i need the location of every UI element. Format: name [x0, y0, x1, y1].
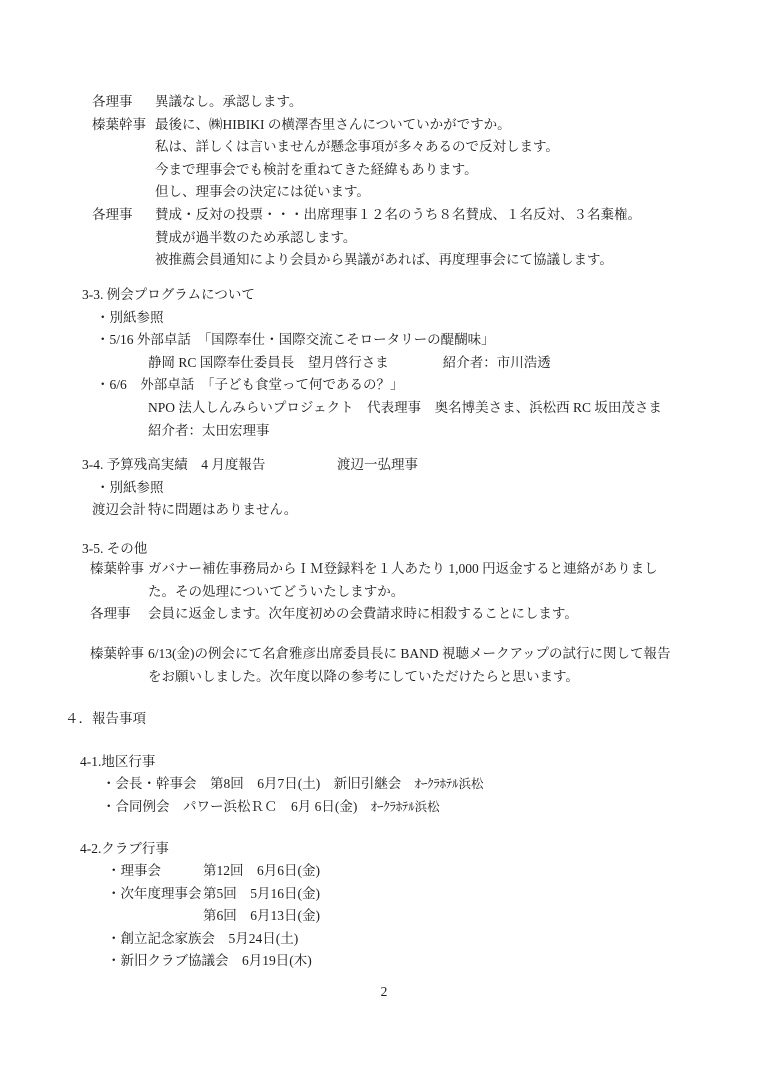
bullet-line: ・5/16 外部卓話 「国際奉仕・国際交流こそロータリーの醍醐味」: [82, 329, 752, 352]
section-4-1: 4-1.地区行事: [80, 751, 750, 774]
speaker-label: 榛葉幹事: [90, 558, 148, 581]
club-events-list: ・理事会第12回 6月6日(金) ・次年度理事会第5回 5月16日(金) 第6回…: [80, 860, 750, 973]
event-row: ・創立記念家族会 5月24日(土): [80, 928, 750, 951]
dialogue-text: 賛成・反対の投票・・・出席理事１２名のうち８名賛成、１名反対、３名棄権。: [155, 207, 641, 222]
venue-label: ｵｰｸﾗﾎﾃﾙ浜松: [371, 800, 440, 814]
dialogue-row: た。その処理についてどういたしますか。: [90, 581, 760, 604]
dialogue-row: 私は、詳しくは言いませんが懸念事項が多々あるので反対します。: [92, 136, 762, 159]
dialogue-text: 会員に返金します。次年度初めの会費請求時に相殺することにします。: [148, 606, 578, 621]
dialogue-row: 榛葉幹事最後に、㈱HIBIKI の横澤杏里さんについていかがですか。: [92, 114, 762, 137]
dialogue-text: 異議なし。承認します。: [155, 94, 302, 109]
event-row: 第6回 6月13日(金): [80, 905, 750, 928]
page-number: 2: [0, 981, 768, 1004]
section-heading-4-2: 4-2.クラブ行事: [80, 838, 750, 861]
dialogue-text: 今まで理事会でも検討を重ねてきた経緯もあります。: [155, 162, 478, 177]
dialogue-text: 特に問題はありません。: [148, 502, 297, 517]
dialogue-block-im-refund: 榛葉幹事ガバナー補佐事務局からＩＭ登録料を１人あたり 1,000 円返金すると連…: [90, 558, 760, 626]
dialogue-row: 各理事異議なし。承認します。: [92, 91, 762, 114]
event-name: ・理事会: [107, 860, 203, 883]
event-text: ・合同例会 パワー浜松ＲＣ 6月 6日(金): [102, 799, 371, 814]
section-3-3: 3-3. 例会プログラムについて ・別紙参照 ・5/16 外部卓話 「国際奉仕・…: [82, 284, 752, 442]
event-date: 第6回 6月13日(金): [203, 908, 320, 923]
dialogue-row: 各理事賛成・反対の投票・・・出席理事１２名のうち８名賛成、１名反対、３名棄権。: [92, 204, 762, 227]
dialogue-row: 賛成が過半数のため承認します。: [92, 227, 762, 250]
speaker-label: 榛葉幹事: [92, 114, 155, 137]
document-page: 各理事異議なし。承認します。 榛葉幹事最後に、㈱HIBIKI の横澤杏里さんにつ…: [0, 0, 768, 1086]
dialogue-row: 各理事会員に返金します。次年度初めの会費請求時に相殺することにします。: [90, 603, 760, 626]
presenter-name: 渡辺一弘理事: [337, 454, 418, 477]
dialogue-row: 榛葉幹事6/13(金)の例会にて名倉雅彦出席委員長に BAND 視聴メークアップ…: [90, 643, 760, 666]
event-name: ・創立記念家族会: [107, 928, 229, 951]
speaker-label: 各理事: [92, 204, 155, 227]
event-row: ・次年度理事会第5回 5月16日(金): [80, 883, 750, 906]
dialogue-row: 榛葉幹事ガバナー補佐事務局からＩＭ登録料を１人あたり 1,000 円返金すると連…: [90, 558, 760, 581]
section-heading-3-3: 3-3. 例会プログラムについて: [82, 284, 752, 307]
dialogue-block-band-makeup: 榛葉幹事6/13(金)の例会にて名倉雅彦出席委員長に BAND 視聴メークアップ…: [90, 643, 760, 688]
section-heading-4-1: 4-1.地区行事: [80, 751, 750, 774]
section-4: ４．報告事項: [65, 708, 735, 731]
event-text: ・会長・幹事会 第8回 6月7日(土) 新旧引継会: [102, 776, 415, 791]
event-row: ・理事会第12回 6月6日(金): [80, 860, 750, 883]
bullet-line: ・別紙参照: [82, 307, 752, 330]
bullet-line: ・6/6 外部卓話 「子ども食堂って何であるの？」: [82, 374, 752, 397]
event-date: 6月19日(木): [242, 953, 312, 968]
bullet-line: ・別紙参照: [82, 477, 752, 500]
dialogue-row: 但し、理事会の決定には従います。: [92, 181, 762, 204]
dialogue-text: 最後に、㈱HIBIKI の横澤杏里さんについていかがですか。: [155, 117, 511, 132]
event-row: ・会長・幹事会 第8回 6月7日(土) 新旧引継会 ｵｰｸﾗﾎﾃﾙ浜松: [80, 773, 750, 796]
event-date: 5月24日(土): [229, 931, 299, 946]
event-name: ・次年度理事会: [107, 883, 203, 906]
dialogue-block-approval: 各理事異議なし。承認します。 榛葉幹事最後に、㈱HIBIKI の横澤杏里さんにつ…: [92, 91, 762, 272]
district-events-list: ・会長・幹事会 第8回 6月7日(土) 新旧引継会 ｵｰｸﾗﾎﾃﾙ浜松 ・合同例…: [80, 773, 750, 818]
event-date: 第12回 6月6日(金): [203, 863, 320, 878]
venue-label: ｵｰｸﾗﾎﾃﾙ浜松: [415, 777, 484, 791]
dialogue-text: をお願いしました。次年度以降の参考にしていただけたらと思います。: [148, 669, 579, 684]
sub-line: 紹介者：太田宏理事: [82, 420, 752, 443]
dialogue-text: 但し、理事会の決定には従います。: [155, 184, 370, 199]
section-3-4: 3-4. 予算残高実績 4 月度報告 渡辺一弘理事 ・別紙参照 渡辺会計特に問題…: [82, 454, 752, 522]
dialogue-text: 私は、詳しくは言いませんが懸念事項が多々あるので反対します。: [155, 139, 559, 154]
dialogue-text: 賛成が過半数のため承認します。: [155, 230, 356, 245]
dialogue-row: 渡辺会計特に問題はありません。: [82, 499, 752, 522]
dialogue-row: 今まで理事会でも検討を重ねてきた経緯もあります。: [92, 159, 762, 182]
sub-line: 静岡 RC 国際奉仕委員長 望月啓行さま 紹介者：市川浩透: [82, 352, 752, 375]
event-row: ・新旧クラブ協議会 6月19日(木): [80, 950, 750, 973]
speaker-label: 榛葉幹事: [90, 643, 148, 666]
event-name: ・新旧クラブ協議会: [107, 950, 242, 973]
dialogue-text: た。その処理についてどういたしますか。: [148, 584, 404, 599]
speaker-label: 各理事: [90, 603, 148, 626]
event-row: ・合同例会 パワー浜松ＲＣ 6月 6日(金) ｵｰｸﾗﾎﾃﾙ浜松: [80, 796, 750, 819]
speaker-label: 各理事: [92, 91, 155, 114]
section-4-2: 4-2.クラブ行事: [80, 838, 750, 861]
speaker-label: 渡辺会計: [92, 499, 148, 522]
event-date: 第5回 5月16日(金): [203, 886, 320, 901]
section-heading-3-4: 3-4. 予算残高実績 4 月度報告: [82, 457, 265, 472]
section-heading-4: ４．報告事項: [65, 708, 735, 731]
dialogue-text: 被推薦会員通知により会員から異議があれば、再度理事会にて協議します。: [155, 252, 613, 267]
dialogue-row: 被推薦会員通知により会員から異議があれば、再度理事会にて協議します。: [92, 249, 762, 272]
dialogue-row: をお願いしました。次年度以降の参考にしていただけたらと思います。: [90, 666, 760, 689]
dialogue-text: ガバナー補佐事務局からＩＭ登録料を１人あたり 1,000 円返金すると連絡があり…: [148, 561, 658, 576]
dialogue-text: 6/13(金)の例会にて名倉雅彦出席委員長に BAND 視聴メークアップの試行に…: [148, 646, 671, 661]
sub-line: NPO 法人しんみらいプロジェクト 代表理事 奥名博美さま、浜松西 RC 坂田茂…: [82, 397, 752, 420]
section-heading-row-3-4: 3-4. 予算残高実績 4 月度報告 渡辺一弘理事: [82, 454, 752, 477]
